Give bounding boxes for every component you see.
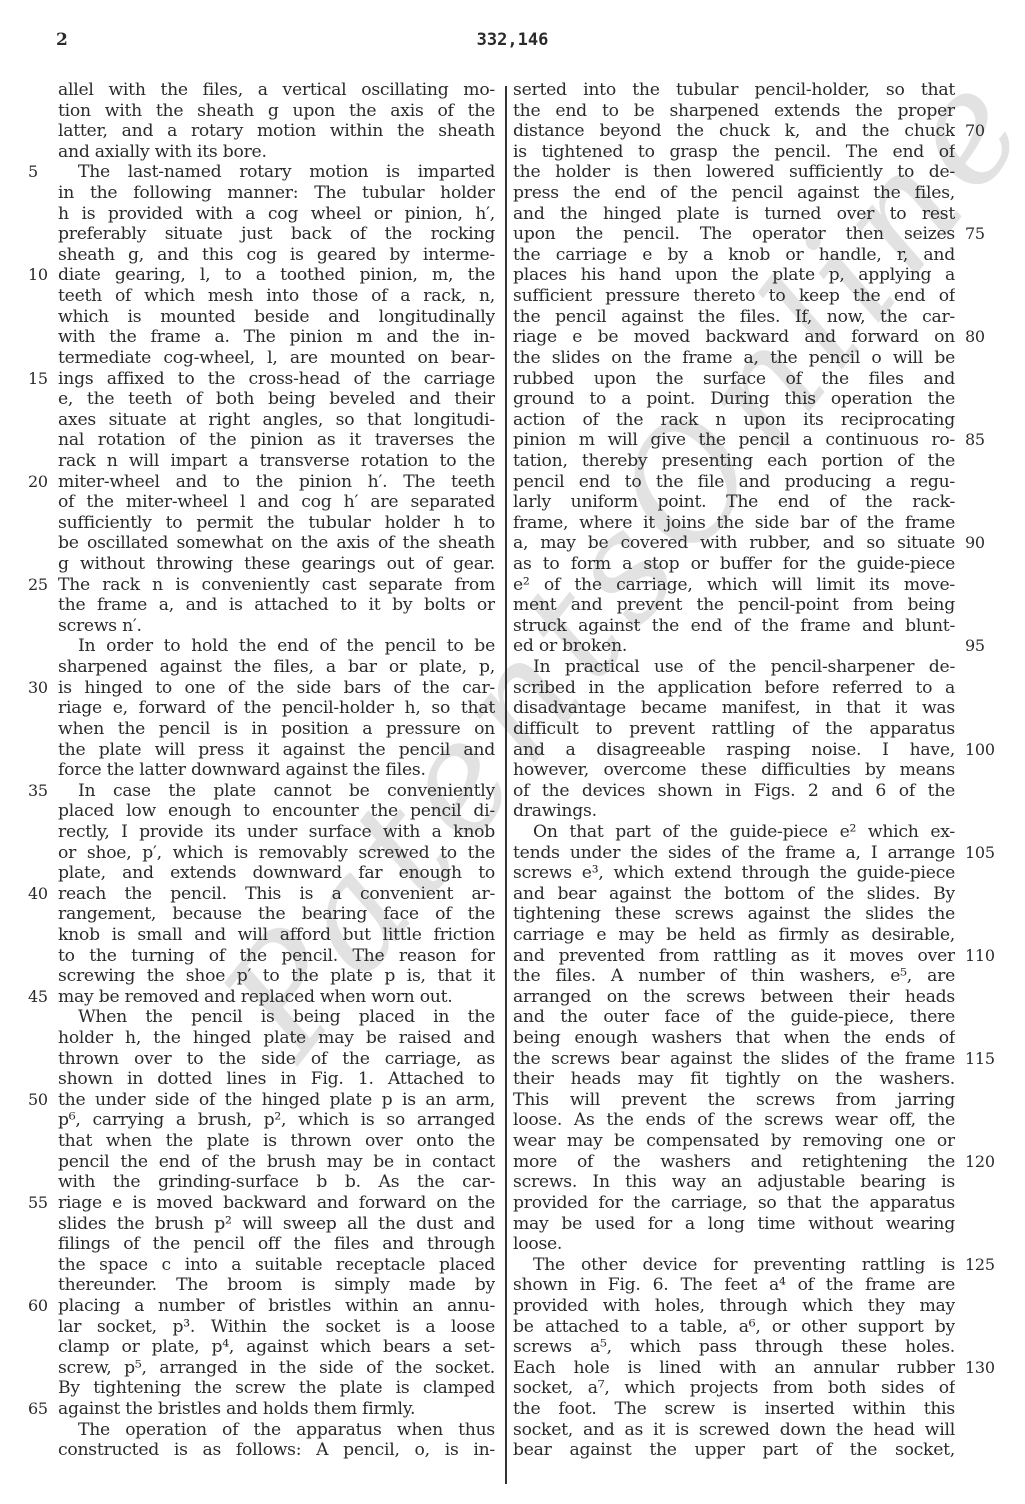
line-text: screw, p⁵, arranged in the side of the s… <box>58 1358 495 1379</box>
text-line: the frame a, and is attached to it by bo… <box>58 595 495 616</box>
line-text: as to form a stop or buffer for the guid… <box>513 554 955 575</box>
line-text: placed low enough to encounter the penci… <box>58 801 495 822</box>
text-line: filings of the pencil off the files and … <box>58 1234 495 1255</box>
text-line: force the latter downward against the fi… <box>58 760 495 781</box>
line-text: be attached to a table, a⁶, or other sup… <box>513 1317 955 1338</box>
line-number: 10 <box>28 265 48 286</box>
text-line: screws a⁵, which pass through these hole… <box>513 1337 955 1358</box>
line-text: the files. A number of thin washers, e⁵,… <box>513 966 955 987</box>
text-line: sharpened against the files, a bar or pl… <box>58 657 495 678</box>
line-text: In practical use of the pencil-sharpener… <box>533 657 955 678</box>
text-line: as to form a stop or buffer for the guid… <box>513 554 955 575</box>
line-number: 115 <box>965 1049 995 1070</box>
text-line: The last-named rotary motion is imparted… <box>58 162 495 183</box>
text-line: the carriage e by a knob or handle, r, a… <box>513 245 955 266</box>
line-text: rubbed upon the surface of the files and <box>513 369 955 390</box>
line-text: The operation of the apparatus when thus <box>78 1420 495 1441</box>
line-text: sufficient pressure thereto to keep the … <box>513 286 955 307</box>
text-line: provided with holes, through which they … <box>513 1296 955 1317</box>
line-text: action of the rack n upon its reciprocat… <box>513 410 955 431</box>
text-line: and the hinged plate is turned over to r… <box>513 204 955 225</box>
text-line: reach the pencil. This is a convenient a… <box>58 884 495 905</box>
line-text: In case the plate cannot be conveniently <box>78 781 495 802</box>
text-line: pencil the end of the brush may be in co… <box>58 1152 495 1173</box>
line-number: 35 <box>28 781 48 802</box>
line-text: may be removed and replaced when worn ou… <box>58 987 453 1007</box>
line-text: miter-wheel and to the pinion h′. The te… <box>58 472 495 493</box>
line-text: in the following manner: The tubular hol… <box>58 183 495 204</box>
line-text: their heads may fit tightly on the washe… <box>513 1069 955 1090</box>
line-number: 120 <box>965 1152 995 1173</box>
line-number: 75 <box>965 224 985 245</box>
line-text: h is provided with a cog wheel or pinion… <box>58 204 495 225</box>
line-text: when the pencil is in position a pressur… <box>58 719 495 740</box>
line-text: axes situate at right angles, so that lo… <box>58 410 495 431</box>
text-line: slides the brush p² will sweep all the d… <box>58 1214 495 1235</box>
line-text: sheath g, and this cog is geared by inte… <box>58 245 495 266</box>
line-text: tion with the sheath g upon the axis of … <box>58 101 495 122</box>
line-text: with the frame a. The pinion m and the i… <box>58 327 495 348</box>
line-text: difficult to prevent rattling of the app… <box>513 719 955 740</box>
text-line: ings affixed to the cross-head of the ca… <box>58 369 495 390</box>
line-text: which is mounted beside and longitudinal… <box>58 307 495 328</box>
line-text: riage e be moved backward and forward on <box>513 327 955 348</box>
line-text: upon the pencil. The operator then seize… <box>513 224 955 245</box>
text-line: teeth of which mesh into those of a rack… <box>58 286 495 307</box>
line-text: however, overcome these difficulties by … <box>513 760 955 781</box>
text-line: This will prevent the screws from jarrin… <box>513 1090 955 1111</box>
text-line: sheath g, and this cog is geared by inte… <box>58 245 495 266</box>
line-text: screws e³, which extend through the guid… <box>513 863 955 884</box>
line-text: loose. As the ends of the screws wear of… <box>513 1110 955 1131</box>
text-line: and axially with its bore. <box>58 142 495 163</box>
line-text: distance beyond the chuck k, and the chu… <box>513 121 955 142</box>
line-text: be oscillated somewhat on the axis of th… <box>58 533 495 554</box>
line-text: force the latter downward against the fi… <box>58 760 426 780</box>
line-text: places his hand upon the plate p, applyi… <box>513 265 955 286</box>
line-text: ground to a point. During this operation… <box>513 389 955 410</box>
line-text: tends under the sides of the frame a, I … <box>513 843 955 864</box>
line-text: This will prevent the screws from jarrin… <box>513 1090 955 1111</box>
line-text: p⁶, carrying a brush, p², which is so ar… <box>58 1110 495 1131</box>
text-line: g without throwing these gearings out of… <box>58 554 495 575</box>
line-number: 80 <box>965 327 985 348</box>
line-text: rack n will impart a transverse rotation… <box>58 451 495 472</box>
text-line: may be used for a long time without wear… <box>513 1214 955 1235</box>
line-text: On that part of the guide-piece e² which… <box>533 822 955 843</box>
text-line: nal rotation of the pinion as it travers… <box>58 430 495 451</box>
text-line: The operation of the apparatus when thus <box>58 1420 495 1441</box>
line-text: is hinged to one of the side bars of the… <box>58 678 495 699</box>
text-line: plate, and extends downward far enough t… <box>58 863 495 884</box>
line-text: By tightening the screw the plate is cla… <box>58 1378 495 1399</box>
line-number: 20 <box>28 472 48 493</box>
line-text: riage e, forward of the pencil-holder h,… <box>58 698 495 719</box>
line-text: ings affixed to the cross-head of the ca… <box>58 369 495 390</box>
line-text: knob is small and will afford but little… <box>58 925 495 946</box>
line-text: the slides on the frame a, the pencil o … <box>513 348 955 369</box>
text-line: termediate cog-wheel, l, are mounted on … <box>58 348 495 369</box>
text-line: screwing the shoe p′ to the plate p is, … <box>58 966 495 987</box>
line-text: tation, thereby presenting each portion … <box>513 451 955 472</box>
line-text: serted into the tubular pencil-holder, s… <box>513 80 955 101</box>
text-line: When the pencil is being placed in the <box>58 1007 495 1028</box>
line-text: scribed in the application before referr… <box>513 678 955 699</box>
line-number: 85 <box>965 430 985 451</box>
line-text: the plate will press it against the penc… <box>58 740 495 761</box>
line-text: pinion m will give the pencil a continuo… <box>513 430 955 451</box>
text-line: sufficient pressure thereto to keep the … <box>513 286 955 307</box>
text-line: pinion m will give the pencil a continuo… <box>513 430 955 451</box>
line-text: riage e is moved backward and forward on… <box>58 1193 495 1214</box>
text-line: screws e³, which extend through the guid… <box>513 863 955 884</box>
line-text: holder h, the hinged plate may be raised… <box>58 1028 495 1049</box>
line-text: reach the pencil. This is a convenient a… <box>58 884 495 905</box>
text-line: serted into the tubular pencil-holder, s… <box>513 80 955 101</box>
text-line: the files. A number of thin washers, e⁵,… <box>513 966 955 987</box>
text-line: places his hand upon the plate p, applyi… <box>513 265 955 286</box>
text-line: placing a number of bristles within an a… <box>58 1296 495 1317</box>
text-line: upon the pencil. The operator then seize… <box>513 224 955 245</box>
text-line: sufficiently to permit the tubular holde… <box>58 513 495 534</box>
text-line: holder h, the hinged plate may be raised… <box>58 1028 495 1049</box>
text-line: constructed is as follows: A pencil, o, … <box>58 1440 495 1461</box>
line-text: press the end of the pencil against the … <box>513 183 955 204</box>
line-number: 70 <box>965 121 985 142</box>
text-line: the space c into a suitable receptacle p… <box>58 1255 495 1276</box>
line-text: latter, and a rotary motion within the s… <box>58 121 495 142</box>
line-number: 130 <box>965 1358 995 1379</box>
text-line: with the frame a. The pinion m and the i… <box>58 327 495 348</box>
line-text: of the devices shown in Figs. 2 and 6 of… <box>513 781 955 802</box>
line-number: 60 <box>28 1296 48 1317</box>
line-text: The rack n is conveniently cast separate… <box>58 575 495 596</box>
text-line: preferably situate just back of the rock… <box>58 224 495 245</box>
text-line: The rack n is conveniently cast separate… <box>58 575 495 596</box>
text-line: rack n will impart a transverse rotation… <box>58 451 495 472</box>
text-line: latter, and a rotary motion within the s… <box>58 121 495 142</box>
line-text: thrown over to the side of the carriage,… <box>58 1049 495 1070</box>
line-text: In order to hold the end of the pencil t… <box>78 636 495 657</box>
text-line: In practical use of the pencil-sharpener… <box>513 657 955 678</box>
line-text: nal rotation of the pinion as it travers… <box>58 430 495 451</box>
text-line: struck against the end of the frame and … <box>513 616 955 637</box>
line-text: plate, and extends downward far enough t… <box>58 863 495 884</box>
line-text: and a disagreeable rasping noise. I have… <box>513 740 955 761</box>
line-text: struck against the end of the frame and … <box>513 616 955 637</box>
line-text: e, the teeth of both being beveled and t… <box>58 389 495 410</box>
text-line: tightening these screws against the slid… <box>513 904 955 925</box>
line-text: disadvantage became manifest, in that it… <box>513 698 955 719</box>
line-number: 25 <box>28 575 48 596</box>
text-line: be attached to a table, a⁶, or other sup… <box>513 1317 955 1338</box>
line-text: pencil end to the file and producing a r… <box>513 472 955 493</box>
text-line: thrown over to the side of the carriage,… <box>58 1049 495 1070</box>
text-line: drawings. <box>513 801 955 822</box>
line-text: to the turning of the pencil. The reason… <box>58 946 495 967</box>
text-line: the plate will press it against the penc… <box>58 740 495 761</box>
line-text: the under side of the hinged plate p is … <box>58 1090 495 1111</box>
text-line: wear may be compensated by removing one … <box>513 1131 955 1152</box>
text-line: of the miter-wheel l and cog h′ are sepa… <box>58 492 495 513</box>
line-text: socket, and as it is screwed down the he… <box>513 1420 955 1441</box>
line-text: ed or broken. <box>513 636 627 656</box>
line-text: sharpened against the files, a bar or pl… <box>58 657 495 678</box>
line-text: clamp or plate, p⁴, against which bears … <box>58 1337 495 1358</box>
line-text: shown in Fig. 6. The feet a⁴ of the fram… <box>513 1275 955 1296</box>
line-text: rectly, I provide its under surface with… <box>58 822 495 843</box>
line-text: that when the plate is thrown over onto … <box>58 1131 495 1152</box>
text-line: is hinged to one of the side bars of the… <box>58 678 495 699</box>
line-text: and the outer face of the guide-piece, t… <box>513 1007 955 1028</box>
line-text: the screws bear against the slides of th… <box>513 1049 955 1070</box>
text-line: p⁶, carrying a brush, p², which is so ar… <box>58 1110 495 1131</box>
line-text: the end to be sharpened extends the prop… <box>513 101 955 122</box>
line-text: is tightened to grasp the pencil. The en… <box>513 142 955 163</box>
text-line: miter-wheel and to the pinion h′. The te… <box>58 472 495 493</box>
text-line: the under side of the hinged plate p is … <box>58 1090 495 1111</box>
text-line: is tightened to grasp the pencil. The en… <box>513 142 955 163</box>
line-text: frame, where it joins the side bar of th… <box>513 513 955 534</box>
text-line: be oscillated somewhat on the axis of th… <box>58 533 495 554</box>
line-text: screws n′. <box>58 616 142 636</box>
text-line: e, the teeth of both being beveled and t… <box>58 389 495 410</box>
text-line: the pencil against the files. If, now, t… <box>513 307 955 328</box>
text-line: tion with the sheath g upon the axis of … <box>58 101 495 122</box>
line-text: bear against the upper part of the socke… <box>513 1440 955 1461</box>
text-line: screws n′. <box>58 616 495 637</box>
line-text: sufficiently to permit the tubular holde… <box>58 513 495 534</box>
line-text: and bear against the bottom of the slide… <box>513 884 955 905</box>
text-line: shown in Fig. 6. The feet a⁴ of the fram… <box>513 1275 955 1296</box>
text-line: distance beyond the chuck k, and the chu… <box>513 121 955 142</box>
line-text: the carriage e by a knob or handle, r, a… <box>513 245 955 266</box>
text-line: lar socket, p³. Within the socket is a l… <box>58 1317 495 1338</box>
text-line: or shoe, p′, which is removably screwed … <box>58 843 495 864</box>
line-text: Each hole is lined with an annular rubbe… <box>513 1358 955 1379</box>
line-text: The last-named rotary motion is imparted <box>78 162 495 183</box>
line-text: and axially with its bore. <box>58 142 267 162</box>
text-line: axes situate at right angles, so that lo… <box>58 410 495 431</box>
line-number: 125 <box>965 1255 995 1276</box>
text-line: however, overcome these difficulties by … <box>513 760 955 781</box>
line-number: 50 <box>28 1090 48 1111</box>
line-text: the space c into a suitable receptacle p… <box>58 1255 495 1276</box>
text-line: larly uniform point. The end of the rack… <box>513 492 955 513</box>
text-line: loose. <box>513 1234 955 1255</box>
line-text: or shoe, p′, which is removably screwed … <box>58 843 495 864</box>
line-text: may be used for a long time without wear… <box>513 1214 955 1235</box>
text-line: rectly, I provide its under surface with… <box>58 822 495 843</box>
text-line: against the bristles and holds them firm… <box>58 1399 495 1420</box>
text-line: screw, p⁵, arranged in the side of the s… <box>58 1358 495 1379</box>
text-line: to the turning of the pencil. The reason… <box>58 946 495 967</box>
text-line: scribed in the application before referr… <box>513 678 955 699</box>
text-line: rangement, because the bearing face of t… <box>58 904 495 925</box>
line-text: larly uniform point. The end of the rack… <box>513 492 955 513</box>
text-line: which is mounted beside and longitudinal… <box>58 307 495 328</box>
text-line: By tightening the screw the plate is cla… <box>58 1378 495 1399</box>
line-text: screwing the shoe p′ to the plate p is, … <box>58 966 495 987</box>
line-text: provided with holes, through which they … <box>513 1296 955 1317</box>
text-line: tation, thereby presenting each portion … <box>513 451 955 472</box>
text-line: when the pencil is in position a pressur… <box>58 719 495 740</box>
column-divider <box>505 86 507 1484</box>
text-line: that when the plate is thrown over onto … <box>58 1131 495 1152</box>
text-line: Each hole is lined with an annular rubbe… <box>513 1358 955 1379</box>
text-line: loose. As the ends of the screws wear of… <box>513 1110 955 1131</box>
text-line: In case the plate cannot be conveniently… <box>58 781 495 802</box>
text-line: thereunder. The broom is simply made by <box>58 1275 495 1296</box>
text-line: carriage e may be held as firmly as desi… <box>513 925 955 946</box>
line-text: loose. <box>513 1234 562 1254</box>
text-line: socket, a⁷, which projects from both sid… <box>513 1378 955 1399</box>
text-line: their heads may fit tightly on the washe… <box>513 1069 955 1090</box>
line-text: and the hinged plate is turned over to r… <box>513 204 955 225</box>
line-text: and prevented from rattling as it moves … <box>513 946 955 967</box>
line-text: teeth of which mesh into those of a rack… <box>58 286 495 307</box>
text-line: the slides on the frame a, the pencil o … <box>513 348 955 369</box>
line-text: the frame a, and is attached to it by bo… <box>58 595 495 616</box>
text-line: On that part of the guide-piece e² which… <box>513 822 955 843</box>
right-column: serted into the tubular pencil-holder, s… <box>513 80 955 1461</box>
patent-number: 332,146 <box>0 30 1025 50</box>
line-text: When the pencil is being placed in the <box>78 1007 495 1028</box>
line-text: more of the washers and retightening the <box>513 1152 955 1173</box>
line-number: 65 <box>28 1399 48 1420</box>
text-line: more of the washers and retightening the… <box>513 1152 955 1173</box>
text-line: ground to a point. During this operation… <box>513 389 955 410</box>
text-line: e² of the carriage, which will limit its… <box>513 575 955 596</box>
line-text: with the grinding-surface b b. As the ca… <box>58 1172 495 1193</box>
line-text: termediate cog-wheel, l, are mounted on … <box>58 348 495 369</box>
line-number: 110 <box>965 946 995 967</box>
line-text: provided for the carriage, so that the a… <box>513 1193 955 1214</box>
text-line: h is provided with a cog wheel or pinion… <box>58 204 495 225</box>
text-line: in the following manner: The tubular hol… <box>58 183 495 204</box>
text-line: and the outer face of the guide-piece, t… <box>513 1007 955 1028</box>
text-line: provided for the carriage, so that the a… <box>513 1193 955 1214</box>
text-line: screws. In this way an adjustable bearin… <box>513 1172 955 1193</box>
text-line: of the devices shown in Figs. 2 and 6 of… <box>513 781 955 802</box>
line-number: 100 <box>965 740 995 761</box>
line-text: pencil the end of the brush may be in co… <box>58 1152 495 1173</box>
text-line: the foot. The screw is inserted within t… <box>513 1399 955 1420</box>
text-line: tends under the sides of the frame a, I … <box>513 843 955 864</box>
text-line: socket, and as it is screwed down the he… <box>513 1420 955 1441</box>
line-text: thereunder. The broom is simply made by <box>58 1275 495 1296</box>
text-line: shown in dotted lines in Fig. 1. Attache… <box>58 1069 495 1090</box>
text-line: a, may be covered with rubber, and so si… <box>513 533 955 554</box>
line-text: e² of the carriage, which will limit its… <box>513 575 955 596</box>
line-text: preferably situate just back of the rock… <box>58 224 495 245</box>
line-text: carriage e may be held as firmly as desi… <box>513 925 955 946</box>
line-text: lar socket, p³. Within the socket is a l… <box>58 1317 495 1338</box>
line-text: g without throwing these gearings out of… <box>58 554 495 575</box>
line-text: drawings. <box>513 801 597 821</box>
line-number: 45 <box>28 987 48 1008</box>
line-text: ment and prevent the pencil-point from b… <box>513 595 955 616</box>
line-text: diate gearing, l, to a toothed pinion, m… <box>58 265 495 286</box>
line-number: 90 <box>965 533 985 554</box>
text-line: action of the rack n upon its reciprocat… <box>513 410 955 431</box>
text-line: pencil end to the file and producing a r… <box>513 472 955 493</box>
line-number: 30 <box>28 678 48 699</box>
text-line: and bear against the bottom of the slide… <box>513 884 955 905</box>
text-line: press the end of the pencil against the … <box>513 183 955 204</box>
line-number: 40 <box>28 884 48 905</box>
text-line: clamp or plate, p⁴, against which bears … <box>58 1337 495 1358</box>
text-line: knob is small and will afford but little… <box>58 925 495 946</box>
text-line: and a disagreeable rasping noise. I have… <box>513 740 955 761</box>
line-text: The other device for preventing rattling… <box>533 1255 955 1276</box>
line-text: a, may be covered with rubber, and so si… <box>513 533 955 554</box>
line-text: socket, a⁷, which projects from both sid… <box>513 1378 955 1399</box>
text-line: In order to hold the end of the pencil t… <box>58 636 495 657</box>
left-column: allel with the files, a vertical oscilla… <box>58 80 495 1461</box>
text-line: ed or broken.95 <box>513 636 955 657</box>
text-line: may be removed and replaced when worn ou… <box>58 987 495 1008</box>
text-line: diate gearing, l, to a toothed pinion, m… <box>58 265 495 286</box>
line-text: slides the brush p² will sweep all the d… <box>58 1214 495 1235</box>
line-text: screws. In this way an adjustable bearin… <box>513 1172 955 1193</box>
text-line: ment and prevent the pencil-point from b… <box>513 595 955 616</box>
line-number: 55 <box>28 1193 48 1214</box>
text-line: arranged on the screws between their hea… <box>513 987 955 1008</box>
line-number: 5 <box>28 162 38 183</box>
text-line: rubbed upon the surface of the files and <box>513 369 955 390</box>
line-text: being enough washers that when the ends … <box>513 1028 955 1049</box>
line-text: the pencil against the files. If, now, t… <box>513 307 955 328</box>
line-text: tightening these screws against the slid… <box>513 904 955 925</box>
line-number: 15 <box>28 369 48 390</box>
line-text: rangement, because the bearing face of t… <box>58 904 495 925</box>
line-text: arranged on the screws between their hea… <box>513 987 955 1008</box>
text-line: disadvantage became manifest, in that it… <box>513 698 955 719</box>
line-text: screws a⁵, which pass through these hole… <box>513 1337 955 1358</box>
line-text: wear may be compensated by removing one … <box>513 1131 955 1152</box>
text-line: riage e, forward of the pencil-holder h,… <box>58 698 495 719</box>
text-line: with the grinding-surface b b. As the ca… <box>58 1172 495 1193</box>
line-text: shown in dotted lines in Fig. 1. Attache… <box>58 1069 495 1090</box>
line-text: against the bristles and holds them firm… <box>58 1399 415 1419</box>
text-line: difficult to prevent rattling of the app… <box>513 719 955 740</box>
line-text: the foot. The screw is inserted within t… <box>513 1399 955 1420</box>
line-text: constructed is as follows: A pencil, o, … <box>58 1440 495 1461</box>
text-line: placed low enough to encounter the penci… <box>58 801 495 822</box>
text-line: the end to be sharpened extends the prop… <box>513 101 955 122</box>
text-line: being enough washers that when the ends … <box>513 1028 955 1049</box>
text-line: allel with the files, a vertical oscilla… <box>58 80 495 101</box>
text-line: and prevented from rattling as it moves … <box>513 946 955 967</box>
text-line: The other device for preventing rattling… <box>513 1255 955 1276</box>
line-text: of the miter-wheel l and cog h′ are sepa… <box>58 492 495 513</box>
line-text: the holder is then lowered sufficiently … <box>513 162 955 183</box>
line-number: 95 <box>965 636 985 657</box>
text-line: the screws bear against the slides of th… <box>513 1049 955 1070</box>
text-line: the holder is then lowered sufficiently … <box>513 162 955 183</box>
text-line: riage e be moved backward and forward on… <box>513 327 955 348</box>
line-text: filings of the pencil off the files and … <box>58 1234 495 1255</box>
text-line: frame, where it joins the side bar of th… <box>513 513 955 534</box>
text-line: bear against the upper part of the socke… <box>513 1440 955 1461</box>
line-text: placing a number of bristles within an a… <box>58 1296 495 1317</box>
text-line: riage e is moved backward and forward on… <box>58 1193 495 1214</box>
line-number: 105 <box>965 843 995 864</box>
line-text: allel with the files, a vertical oscilla… <box>58 80 495 101</box>
